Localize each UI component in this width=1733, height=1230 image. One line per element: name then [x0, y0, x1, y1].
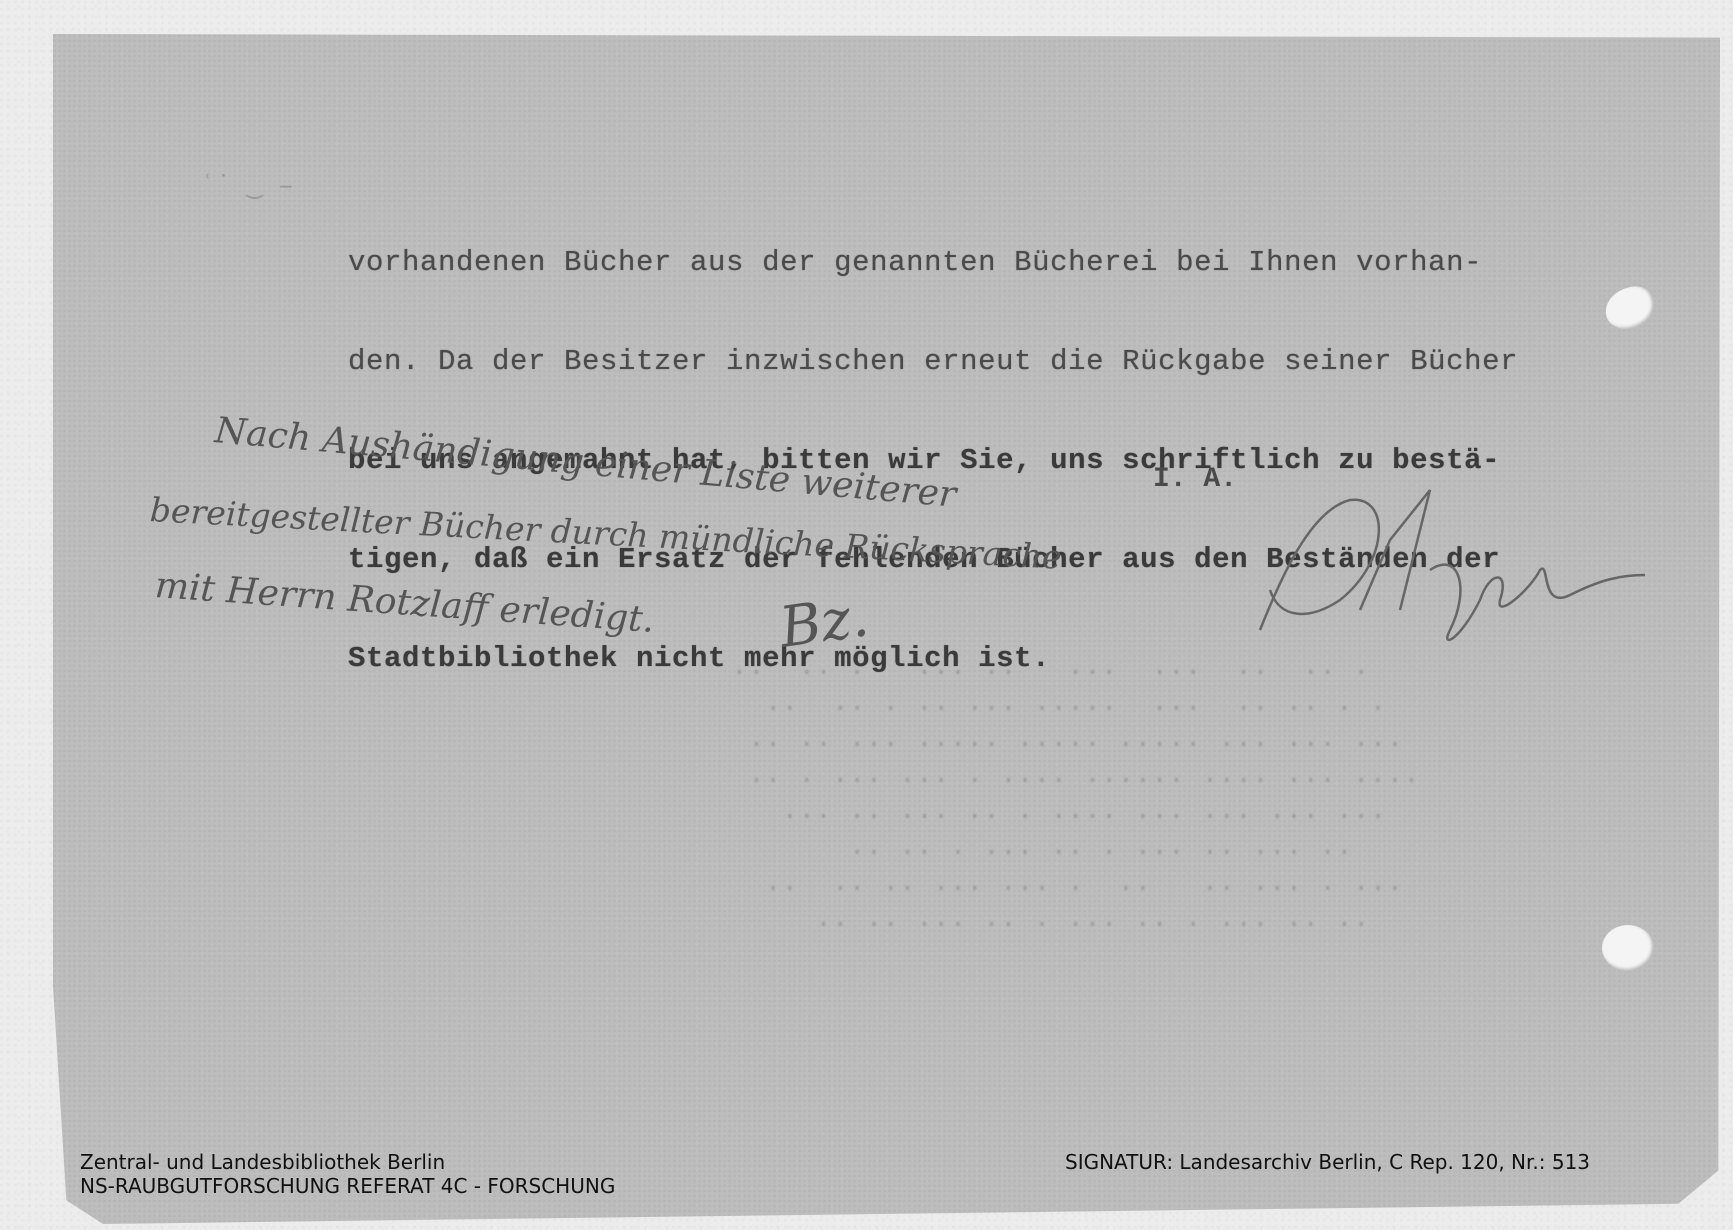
- archive-signatur: SIGNATUR: Landesarchiv Berlin, C Rep. 12…: [1065, 1150, 1590, 1174]
- department-name: NS-RAUBGUTFORSCHUNG REFERAT 4C - FORSCHU…: [80, 1174, 615, 1198]
- faint-typewriter-marks: ʿ˙ ‿ –: [200, 170, 294, 201]
- punch-hole-bottom: [1602, 925, 1654, 971]
- library-name: Zentral- und Landesbibliothek Berlin: [80, 1150, 615, 1174]
- closing-ia: I. A.: [1153, 464, 1237, 495]
- typed-line: vorhandenen Bücher aus der genannten Büc…: [348, 246, 1518, 279]
- signature-scribble: [1240, 480, 1650, 650]
- archive-footer-left: Zentral- und Landesbibliothek Berlin NS-…: [80, 1150, 615, 1198]
- typed-line: den. Da der Besitzer inzwischen erneut d…: [348, 345, 1518, 378]
- bleed-through-text: . .. .. ... ... .. ... . .. .. . . .. ..…: [140, 650, 1420, 938]
